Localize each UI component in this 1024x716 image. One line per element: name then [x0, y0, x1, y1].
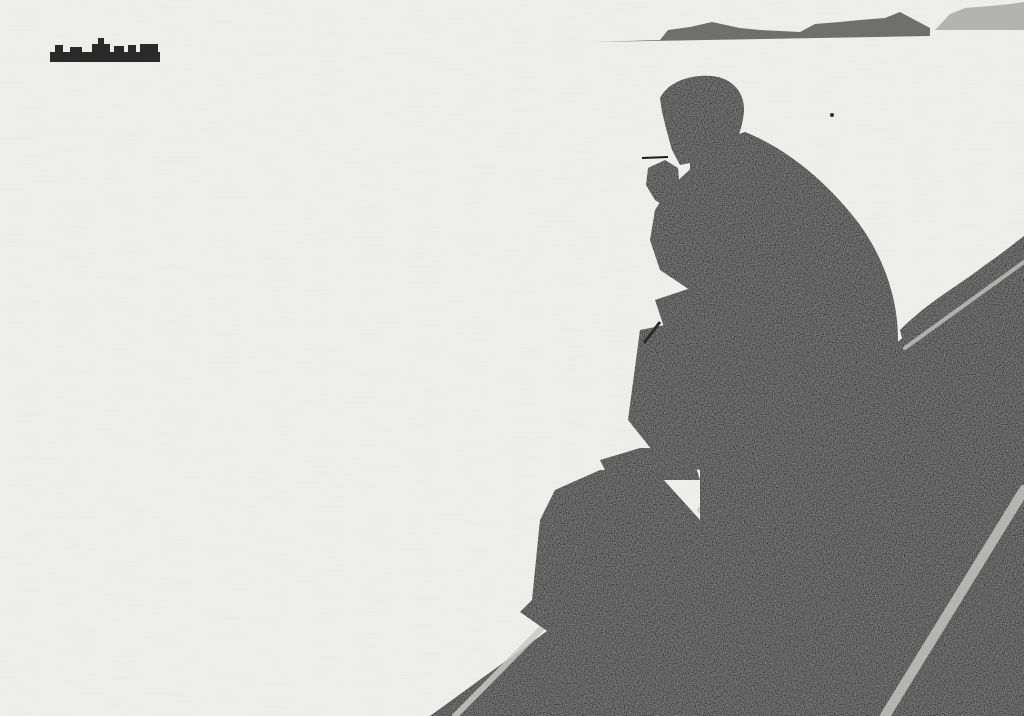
- cigarette: [642, 157, 668, 158]
- photograph: Newspaper-style black and white photogra…: [0, 0, 1024, 716]
- dust-speck: [830, 113, 834, 117]
- photo-canvas: [0, 0, 1024, 716]
